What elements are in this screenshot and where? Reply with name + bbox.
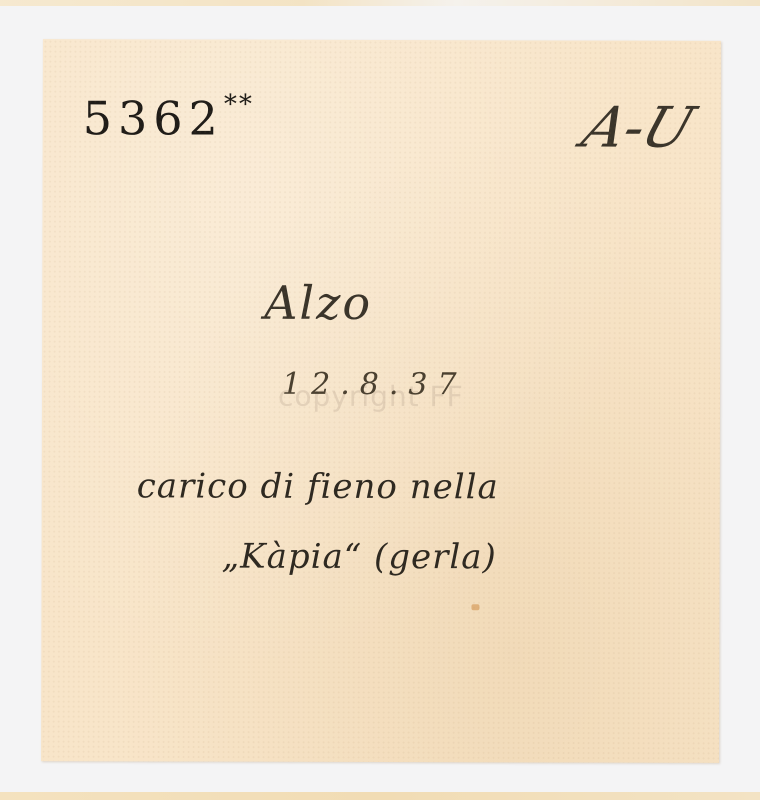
place-name: Alzo <box>264 280 372 326</box>
archival-card: 5362** A-U Alzo copyright FF 12.8.37 car… <box>41 39 721 763</box>
catalog-number-value: 5362 <box>83 91 224 145</box>
adjacent-card-edge-bottom <box>0 792 760 800</box>
paper-stain <box>471 604 479 610</box>
region-code: A-U <box>576 101 701 157</box>
catalog-number: 5362** <box>83 91 254 141</box>
date: 12.8.37 <box>282 370 467 400</box>
description-line-2: „Kàpia“ (gerla) <box>222 540 497 575</box>
adjacent-card-edge-top <box>0 0 760 6</box>
catalog-marks: ** <box>224 90 254 120</box>
description-line-1: carico di fieno nella <box>137 469 499 504</box>
